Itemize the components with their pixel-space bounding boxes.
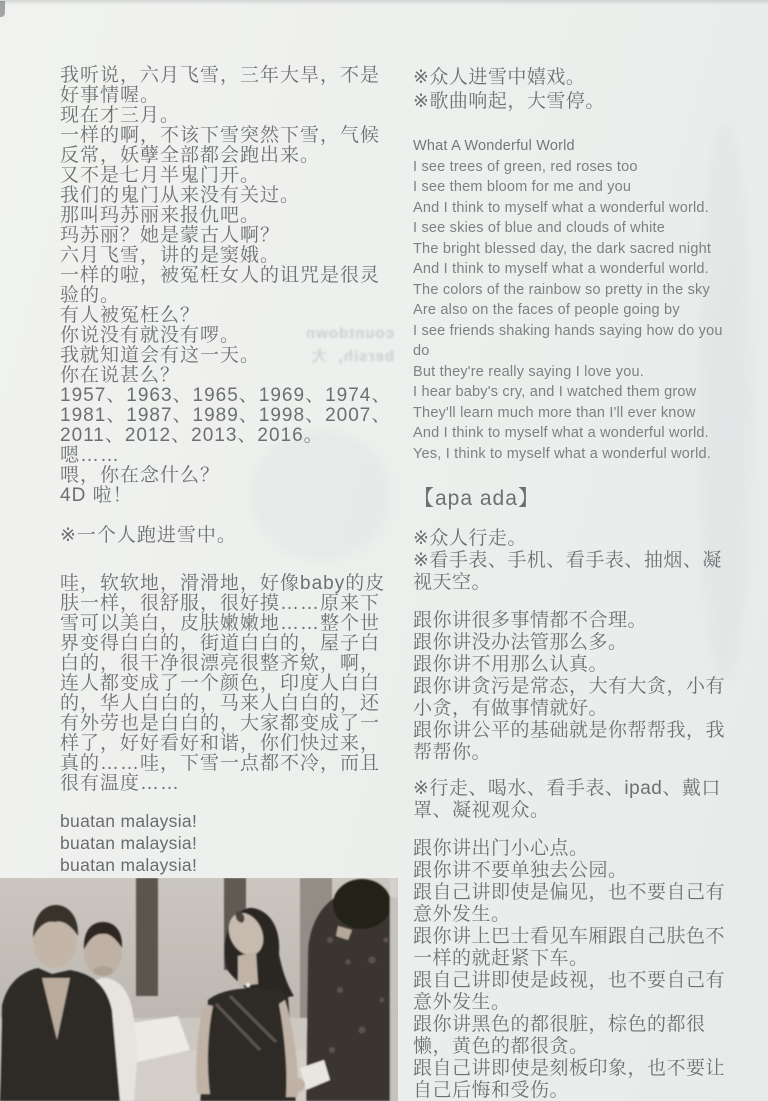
- song-line: Yes, I think to myself what a wonderful …: [413, 444, 727, 465]
- script-page: countdown bersih，大 我听说，六月飞雪，三年大旱，不是好事情喔。…: [0, 0, 768, 1101]
- dialogue-line: 4D 啦！: [60, 486, 392, 506]
- song-line: I see them bloom for me and you: [413, 177, 727, 198]
- chant-line: buatan malaysia!: [60, 810, 392, 832]
- dialogue-line: 又不是七月半鬼门开。: [60, 166, 392, 186]
- dialogue-line: 跟你讲公平的基础就是你帮帮我，我帮帮你。: [413, 720, 727, 764]
- scan-corner-artifact: [0, 1, 5, 17]
- left-column: 我听说，六月飞雪，三年大旱，不是好事情喔。现在才三月。一样的啊，不该下雪突然下雪…: [60, 66, 392, 876]
- chant-line: buatan malaysia!: [60, 854, 392, 876]
- dialogue-line: 1957、1963、1965、1969、1974、1981、1987、1989、…: [60, 386, 392, 446]
- stage-direction: ※歌曲响起，大雪停。: [413, 90, 727, 114]
- stage-direction: ※行走、喝水、看手表、ipad、戴口罩、凝视观众。: [413, 778, 727, 822]
- dialogue-line: 跟你讲没办法管那么多。: [413, 632, 727, 654]
- dialogue-block-2: 跟你讲很多事情都不合理。跟你讲没办法管那么多。跟你讲不用那么认真。跟你讲贪污是常…: [413, 610, 727, 764]
- dialogue-line: 我就知道会有这一天。: [60, 346, 392, 366]
- rehearsal-photo: [0, 878, 398, 1101]
- dialogue-block-3: 跟你讲出门小心点。跟你讲不要单独去公园。跟自己讲即使是偏见，也不要自己有意外发生…: [413, 838, 727, 1101]
- white-shirt-man-beard: [93, 966, 113, 976]
- back-man-hair: [333, 879, 391, 929]
- dialogue-line: 玛苏丽？她是蒙古人啊？: [60, 226, 392, 246]
- dialogue-line: 现在才三月。: [60, 106, 392, 126]
- dialogue-line: 跟你讲贪污是常态，大有大贪，小有小贪，有做事情就好。: [413, 676, 727, 720]
- song-line: And I think to myself what a wonderful w…: [413, 198, 727, 219]
- chant-block: buatan malaysia!buatan malaysia!buatan m…: [60, 810, 392, 876]
- song-line: The bright blessed day, the dark sacred …: [413, 239, 727, 260]
- scene-heading: 【apa ada】: [413, 482, 727, 512]
- stage-direction: ※一个人跑进雪中。: [60, 526, 392, 546]
- dialogue-line: 我听说，六月飞雪，三年大旱，不是好事情喔。: [60, 66, 392, 106]
- dialogue-line: 你在说甚么？: [60, 366, 392, 386]
- dialogue-line: 我们的鬼门从来没有关过。: [60, 186, 392, 206]
- song-line: I see skies of blue and clouds of white: [413, 218, 727, 239]
- song-line: I hear baby's cry, and I watched them gr…: [413, 382, 727, 403]
- stage-direction: ※众人进雪中嬉戏。: [413, 66, 727, 90]
- dialogue-line: 跟自己讲即使是刻板印象，也不要让自己后悔和受伤。: [413, 1058, 727, 1101]
- dialogue-line: 一样的啦，被冤枉女人的诅咒是很灵验的。: [60, 266, 392, 306]
- dialogue-line: 跟自己讲即使是偏见，也不要自己有意外发生。: [413, 882, 727, 926]
- photo-edge-strip: [390, 878, 398, 1101]
- dialogue-line: 喂，你在念什么？: [60, 466, 392, 486]
- song-line: I see trees of green, red roses too: [413, 157, 727, 178]
- dialogue-line: 跟你讲不要单独去公园。: [413, 860, 727, 882]
- song-line: And I think to myself what a wonderful w…: [413, 259, 727, 280]
- dialogue-line: 跟你讲很多事情都不合理。: [413, 610, 727, 632]
- dialogue-line: 跟你讲黑色的都很脏，棕色的都很懒，黄色的都很贪。: [413, 1014, 727, 1058]
- stage-directions-top: ※众人进雪中嬉戏。※歌曲响起，大雪停。: [413, 66, 727, 114]
- song-line: But they're really saying I love you.: [413, 362, 727, 383]
- dialogue-line: 六月飞雪，讲的是窦娥。: [60, 246, 392, 266]
- window-frame: [136, 878, 158, 996]
- dialogue-line: 有人被冤枉么？: [60, 306, 392, 326]
- woman-necklace: [246, 983, 250, 987]
- song-line: I see friends shaking hands saying how d…: [413, 321, 727, 362]
- song-lyrics: I see trees of green, red roses tooI see…: [413, 157, 727, 465]
- stage-direction: ※众人行走。: [413, 528, 727, 550]
- dialogue-line: 你说没有就没有啰。: [60, 326, 392, 346]
- scan-top-edge: [0, 0, 768, 5]
- dialogue-line: 跟你讲不用那么认真。: [413, 654, 727, 676]
- dialogue-line: 一样的啊，不该下雪突然下雪，气候反常，妖孽全部都会跑出来。: [60, 126, 392, 166]
- song-block: What A Wonderful World I see trees of gr…: [413, 136, 727, 464]
- back-man-hand: [291, 1078, 305, 1092]
- stage-directions-mid: ※众人行走。※看手表、手机、看手表、抽烟、凝视天空。: [413, 528, 727, 594]
- right-column: ※众人进雪中嬉戏。※歌曲响起，大雪停。 What A Wonderful Wor…: [413, 66, 727, 1101]
- monologue-snow: 哇，软软地，滑滑地，好像baby的皮肤一样，很舒服，很好摸……原来下雪可以美白，…: [60, 574, 392, 794]
- dialogue-line: 那叫玛苏丽来报仇吧。: [60, 206, 392, 226]
- dialogue-line: 嗯……: [60, 446, 392, 466]
- chant-line: buatan malaysia!: [60, 832, 392, 854]
- dialogue-line: 跟自己讲即使是歧视，也不要自己有意外发生。: [413, 970, 727, 1014]
- dialogue-line: 跟你讲上巴士看见车厢跟自己肤色不一样的就赶紧下车。: [413, 926, 727, 970]
- stage-direction: ※看手表、手机、看手表、抽烟、凝视天空。: [413, 550, 727, 594]
- song-line: The colors of the rainbow so pretty in t…: [413, 280, 727, 301]
- dialogue-block-1: 我听说，六月飞雪，三年大旱，不是好事情喔。现在才三月。一样的啊，不该下雪突然下雪…: [60, 66, 392, 506]
- song-line: And I think to myself what a wonderful w…: [413, 423, 727, 444]
- rehearsal-photo-art: [0, 878, 398, 1101]
- dialogue-line: 跟你讲出门小心点。: [413, 838, 727, 860]
- song-line: They'll learn much more than I'll ever k…: [413, 403, 727, 424]
- song-line: Are also on the faces of people going by: [413, 300, 727, 321]
- woman-neck: [238, 952, 258, 986]
- song-title: What A Wonderful World: [413, 136, 727, 157]
